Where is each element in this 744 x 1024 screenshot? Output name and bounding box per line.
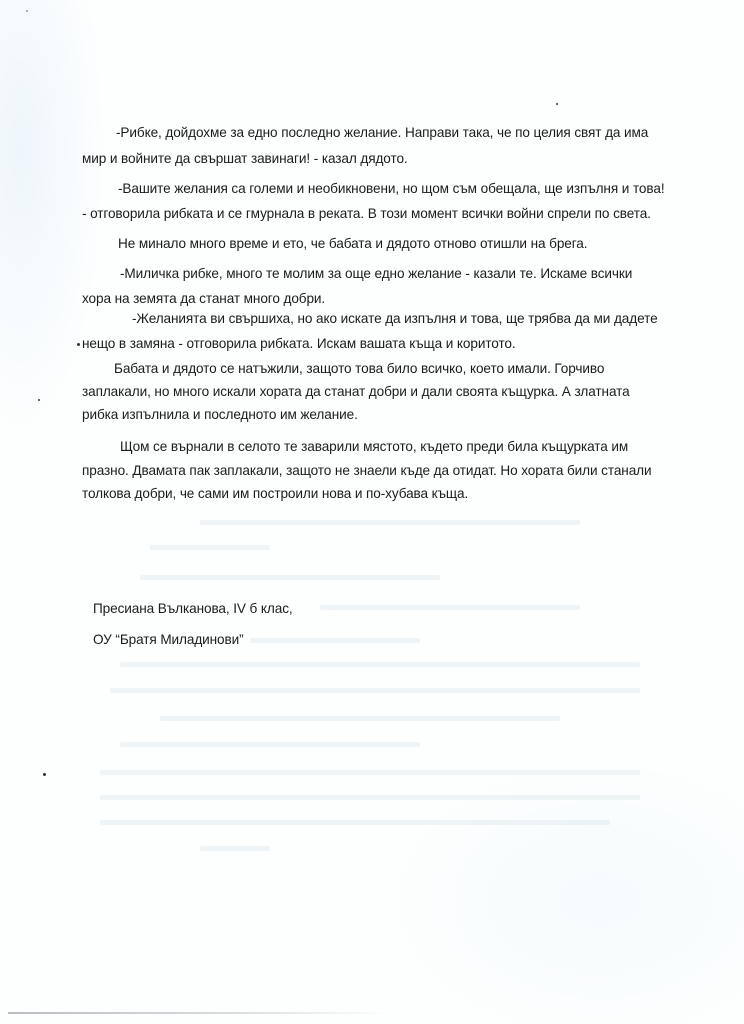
scanned-page: -Рибке, дойдохме за едно последно желани… (0, 0, 744, 1024)
bleed-through-mark (200, 846, 270, 851)
bleed-through-mark (120, 742, 420, 747)
scan-speck (38, 399, 40, 401)
bleed-through-mark (150, 545, 270, 550)
signature-author: Пресиана Вълканова, IV б клас, (93, 601, 293, 617)
scan-speck (556, 103, 558, 105)
paragraph-3-line-1: Не минало много време и ето, че бабата и… (118, 236, 587, 252)
bleed-through-mark (100, 770, 640, 775)
paragraph-7-line-2: празно. Двамата пак заплакали, защото не… (82, 463, 652, 479)
bleed-through-mark (200, 520, 580, 525)
bleed-through-mark (160, 716, 560, 721)
bleed-through-mark (120, 662, 640, 667)
bleed-through-mark (100, 820, 610, 825)
paragraph-7-line-1: Щом се върнали в селото те заварили мяст… (120, 439, 628, 455)
paragraph-6-line-3: рибка изпълнила и последното им желание. (82, 407, 358, 423)
bleed-through-mark (110, 688, 640, 693)
bleed-through-mark (100, 795, 640, 800)
paragraph-6-line-2: заплакали, но много искали хората да ста… (82, 384, 630, 400)
bleed-through-mark (250, 638, 420, 643)
bleed-through-mark (320, 605, 580, 610)
scan-speck (26, 10, 28, 12)
paragraph-4-line-2: хора на земята да станат много добри. (82, 291, 325, 307)
paragraph-5-line-2: нещо в замяна - отговорила рибката. Иска… (82, 336, 516, 352)
scan-speck (77, 343, 80, 346)
paragraph-2-line-1: -Вашите желания са големи и необикновени… (118, 181, 665, 197)
paragraph-1-line-2: мир и войните да свършат завинаги! - каз… (82, 151, 408, 167)
bleed-through-mark (140, 575, 440, 580)
paragraph-7-line-3: толкова добри, че сами им построили нова… (82, 486, 468, 502)
paragraph-5-line-1: -Желанията ви свършиха, но ако искате да… (132, 311, 658, 327)
scan-edge-line (8, 1012, 388, 1014)
signature-school: ОУ “Братя Миладинови” (93, 632, 244, 648)
paragraph-2-line-2: - отговорила рибката и се гмурнала в рек… (82, 206, 651, 222)
paragraph-6-line-1: Бабата и дядото се натъжили, защото това… (114, 361, 604, 377)
paragraph-1-line-1: -Рибке, дойдохме за едно последно желани… (116, 125, 648, 141)
paragraph-4-line-1: -Миличка рибке, много те молим за още ед… (120, 266, 632, 282)
scan-speck (43, 773, 46, 776)
